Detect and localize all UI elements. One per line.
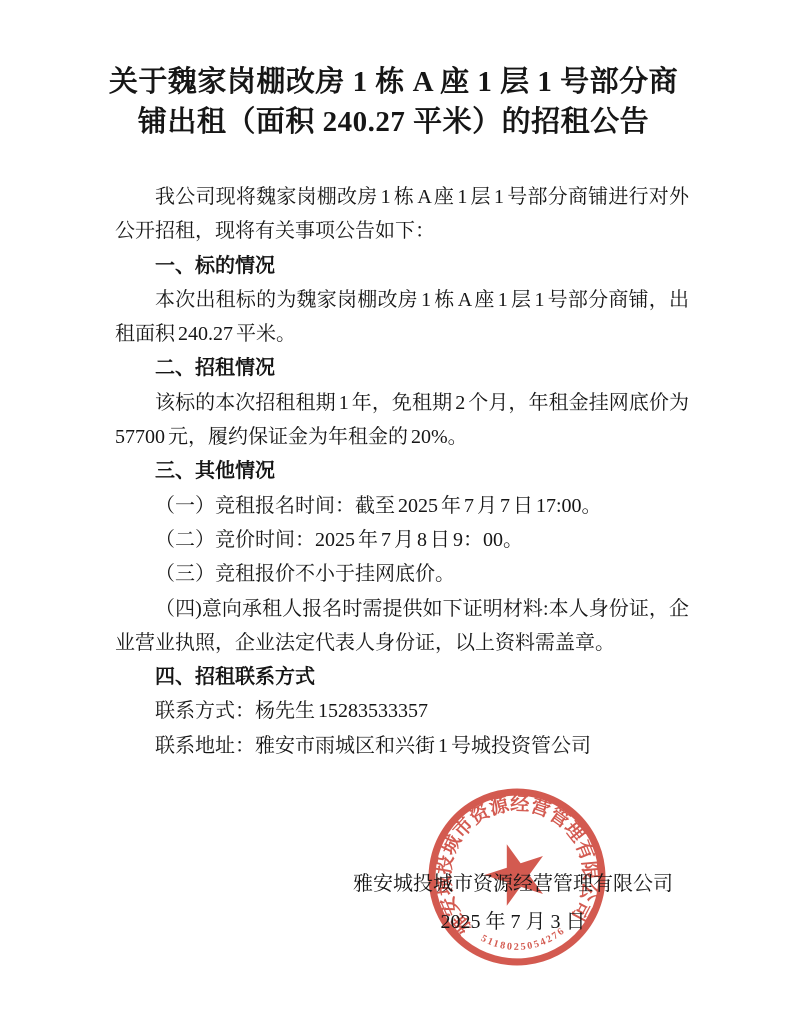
signature-block: 雅安城投城市资源经营管理有限公司 2025 年 7 月 3 日 [346, 865, 680, 941]
paragraph-item-4: （四)意向承租人报名时需提供如下证明材料:本人身份证，企业营业执照，企业法定代表… [115, 592, 689, 661]
document-page: 关于魏家岗棚改房 1 栋 A 座 1 层 1 号部分商 铺出租（面积 240.2… [0, 0, 787, 1019]
signature-company: 雅安城投城市资源经营管理有限公司 [346, 865, 680, 903]
paragraph-contact-phone: 联系方式：杨先生 15283533357 [115, 694, 689, 728]
section-heading-4: 四、招租联系方式 [115, 660, 689, 694]
section-heading-1: 一、标的情况 [115, 249, 689, 283]
paragraph-contact-address: 联系地址：雅安市雨城区和兴街 1 号城投资管公司 [115, 729, 689, 763]
title-line-1: 关于魏家岗棚改房 1 栋 A 座 1 层 1 号部分商 [55, 62, 732, 102]
signature-date: 2025 年 7 月 3 日 [346, 903, 680, 941]
paragraph-subject: 本次出租标的为魏家岗棚改房 1 栋 A 座 1 层 1 号部分商铺，出租面积 2… [115, 283, 689, 352]
paragraph-lease-terms: 该标的本次招租租期 1 年，免租期 2 个月，年租金挂网底价为 57700 元，… [115, 386, 689, 455]
section-heading-2: 二、招租情况 [115, 351, 689, 385]
paragraph-item-2: （二）竞价时间：2025 年 7 月 8 日 9：00。 [115, 523, 689, 557]
document-title: 关于魏家岗棚改房 1 栋 A 座 1 层 1 号部分商 铺出租（面积 240.2… [55, 62, 732, 142]
section-heading-3: 三、其他情况 [115, 454, 689, 488]
title-line-2: 铺出租（面积 240.27 平米）的招租公告 [55, 102, 732, 142]
paragraph-item-3: （三）竞租报价不小于挂网底价。 [115, 557, 689, 591]
paragraph-intro: 我公司现将魏家岗棚改房 1 栋 A 座 1 层 1 号部分商铺进行对外公开招租，… [115, 180, 689, 249]
paragraph-item-1: （一）竞租报名时间：截至 2025 年 7 月 7 日 17:00。 [115, 489, 689, 523]
document-body: 我公司现将魏家岗棚改房 1 栋 A 座 1 层 1 号部分商铺进行对外公开招租，… [115, 180, 689, 763]
